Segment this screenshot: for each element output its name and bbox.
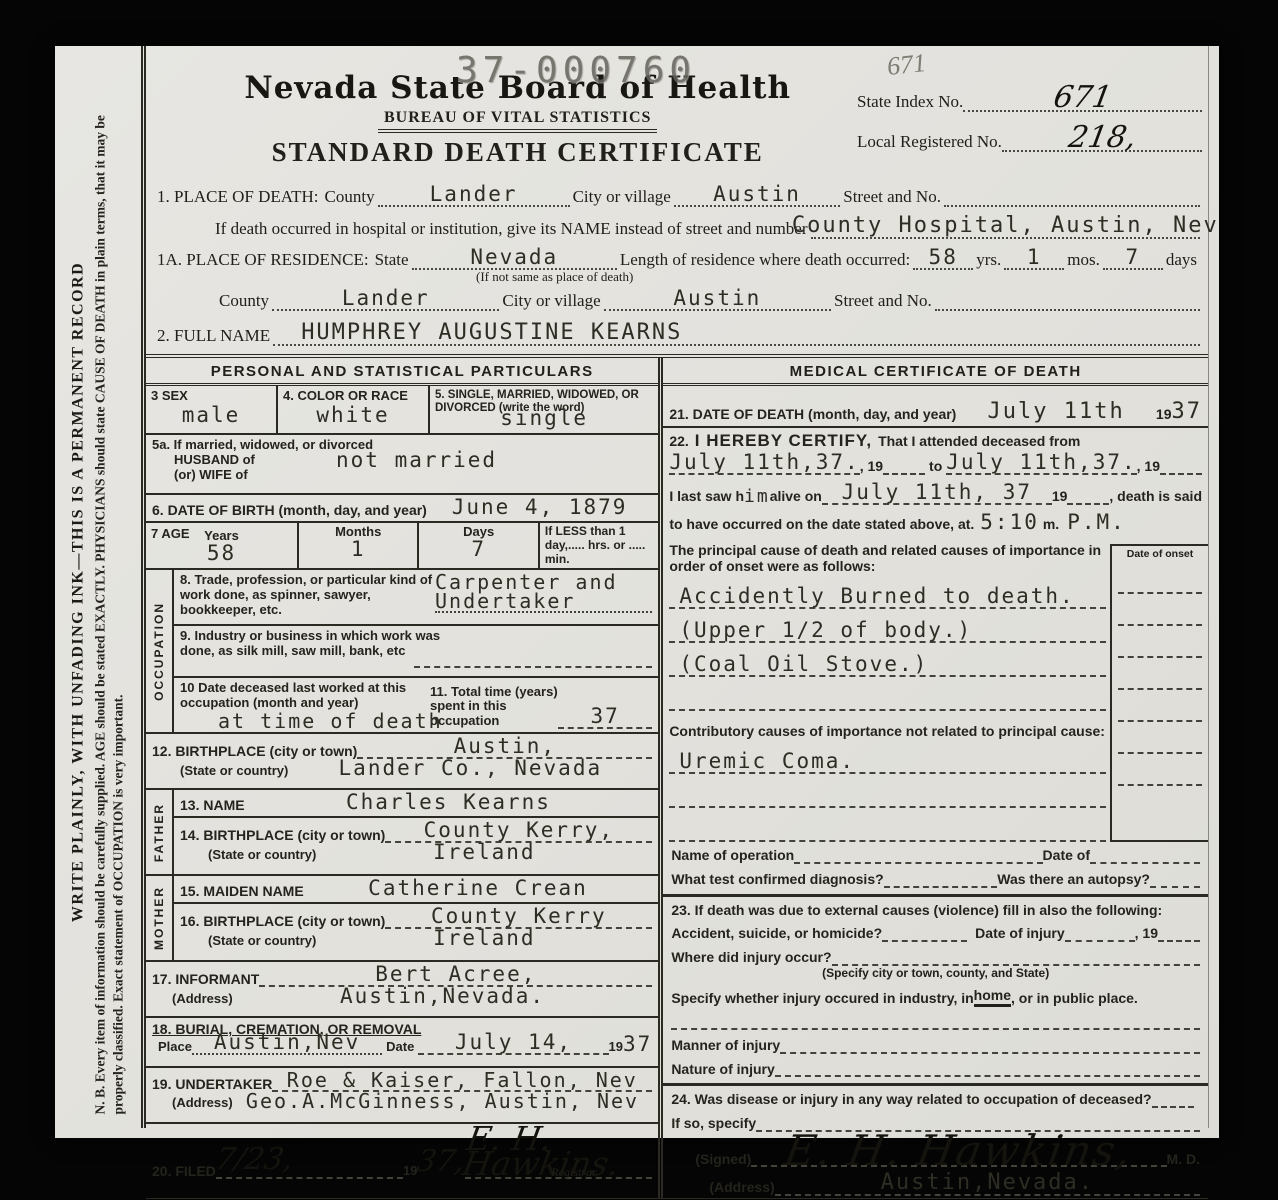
marital-value: single bbox=[500, 406, 588, 430]
local-registered-value: 218, bbox=[1066, 126, 1137, 150]
death-city-line: Austin bbox=[674, 185, 840, 207]
where-injury-label: Where did injury occur? bbox=[671, 949, 831, 966]
cause-line-2: (Upper 1/2 of body.) bbox=[679, 621, 972, 641]
undertaker-address-value: Geo.A.McGinness, Austin, Nev bbox=[246, 1092, 639, 1111]
cause-line-3: (Coal Oil Stove.) bbox=[679, 655, 928, 675]
age-less-label: If LESS than 1 day,..... hrs. or ..... m… bbox=[545, 525, 653, 566]
mother-side-label-cell: MOTHER bbox=[146, 876, 174, 960]
operation-date-line bbox=[1090, 862, 1200, 864]
signed-address-label: (Address) bbox=[709, 1179, 774, 1196]
contributory-line-2-empty bbox=[669, 779, 1106, 808]
length-days-value: 7 bbox=[1126, 248, 1141, 268]
occupation-related-line bbox=[1152, 1106, 1194, 1108]
sex-value: male bbox=[182, 403, 241, 427]
filed-date-value: 7/23, bbox=[213, 1142, 296, 1177]
signed-line: E. H. Hawkins, bbox=[751, 1136, 1166, 1167]
test-label: What test confirmed diagnosis? bbox=[671, 871, 883, 888]
death-county-line: Lander bbox=[378, 185, 570, 207]
operation-line bbox=[794, 862, 1042, 864]
last-saw-year-line bbox=[1067, 503, 1109, 505]
death-time-value: 5:10 bbox=[980, 513, 1039, 533]
onset-slot bbox=[1118, 758, 1202, 786]
injury-year-line bbox=[1158, 940, 1200, 942]
informant-address-line: Austin,Nevada. bbox=[233, 987, 653, 1007]
county-label: County bbox=[322, 187, 378, 207]
burial-year-pre: 19 bbox=[609, 1040, 623, 1055]
attended-to-year-pre: , 19 bbox=[1137, 458, 1160, 475]
burial-place-value: Austin,Nev bbox=[214, 1033, 360, 1053]
full-name-value: HUMPHREY AUGUSTINE KEARNS bbox=[301, 323, 682, 344]
father-name-line: Charles Kearns bbox=[245, 793, 653, 813]
attended-from-value: July 11th,37. bbox=[669, 453, 859, 473]
mos-label: mos. bbox=[1064, 250, 1103, 270]
father-side-label-cell: FATHER bbox=[146, 790, 174, 874]
length-years-value: 58 bbox=[929, 248, 958, 268]
attended-from-year-line bbox=[883, 473, 925, 475]
last-saw-date-line: July 11th, 37 bbox=[822, 483, 1052, 505]
form-header: 37-000760 Nevada State Board of Health B… bbox=[146, 46, 1208, 176]
sex-label: 3 SEX bbox=[151, 389, 271, 404]
residence-label: 1A. PLACE OF RESIDENCE: bbox=[154, 250, 372, 270]
father-birthplace-value-1: County Kerry, bbox=[424, 821, 614, 841]
state-index-line: 671 bbox=[963, 86, 1202, 112]
filed-line: 7/23, bbox=[216, 1142, 403, 1179]
if-so-specify-label: If so, specify bbox=[671, 1115, 756, 1132]
left-margin-notes: WRITE PLAINLY, WITH UNFADING INK—THIS IS… bbox=[55, 46, 141, 1138]
registrar-label: Registrar. bbox=[551, 1165, 598, 1180]
mother-birthplace-label: 16. BIRTHPLACE (city or town) bbox=[180, 913, 385, 929]
autopsy-label: Was there an autopsy? bbox=[997, 871, 1150, 888]
attended-to-label: to bbox=[929, 458, 942, 475]
dod-year-pre: 19 bbox=[1156, 406, 1172, 423]
industry-label: 9. Industry or business in which work wa… bbox=[180, 629, 445, 659]
city-label: City or village bbox=[570, 187, 674, 207]
age-label: 7 AGE bbox=[151, 526, 190, 541]
total-time-line: 37 bbox=[558, 707, 652, 729]
operation-date-label: Date of bbox=[1043, 847, 1090, 864]
burial-date-line: July 14, bbox=[418, 1033, 608, 1055]
dob-label: 6. DATE OF BIRTH (month, day, and year) bbox=[152, 502, 427, 518]
mother-name-value: Catherine Crean bbox=[368, 879, 588, 899]
attended-to-line: July 11th,37. bbox=[946, 453, 1136, 475]
nature-injury-label: Nature of injury bbox=[671, 1061, 774, 1078]
total-time-value: 37 bbox=[591, 707, 620, 727]
personal-column-title: PERSONAL AND STATISTICAL PARTICULARS bbox=[146, 358, 658, 386]
onset-slot bbox=[1118, 694, 1202, 722]
signed-label: (Signed) bbox=[695, 1151, 751, 1168]
attended-from-year-pre: , 19 bbox=[860, 458, 883, 475]
race-value: white bbox=[316, 403, 389, 427]
death-county-value: Lander bbox=[430, 185, 518, 205]
date-of-onset-label: Date of onset bbox=[1112, 546, 1208, 562]
mother-side-label: MOTHER bbox=[152, 886, 166, 950]
contributory-label: Contributory causes of importance not re… bbox=[669, 723, 1106, 740]
dob-line: June 4, 1879 bbox=[427, 498, 652, 518]
signed-address-line: Austin,Nevada. bbox=[775, 1173, 1200, 1196]
dod-year-value: 37 bbox=[1172, 402, 1203, 423]
last-saw-label-1: I last saw h bbox=[669, 488, 744, 505]
contributory-line-3-empty bbox=[669, 813, 1106, 842]
operation-label: Name of operation bbox=[671, 847, 794, 864]
state-index-value: 671 bbox=[1052, 86, 1113, 110]
burial-year-value: 37 bbox=[623, 1035, 652, 1055]
lastwork-label: 10 Date deceased last worked at this occ… bbox=[180, 681, 430, 711]
hospital-line: County Hospital, Austin, Nev bbox=[811, 216, 1200, 239]
injury-year-pre: , 19 bbox=[1135, 925, 1158, 942]
cause-of-death-section: The principal cause of death and related… bbox=[663, 538, 1208, 842]
state-label: State bbox=[372, 250, 412, 270]
father-name-value: Charles Kearns bbox=[346, 793, 551, 813]
onset-slot bbox=[1118, 726, 1202, 754]
certificate-paper: WRITE PLAINLY, WITH UNFADING INK—THIS IS… bbox=[55, 46, 1219, 1138]
hospital-value: County Hospital, Austin, Nev bbox=[792, 216, 1219, 237]
mother-birthplace-value-2: Ireland bbox=[433, 929, 536, 949]
burial-date-label: Date bbox=[386, 1040, 414, 1055]
bureau-subtitle: BUREAU OF VITAL STATISTICS bbox=[378, 108, 657, 133]
undertaker-value: Roe & Kaiser, Fallon, Nev bbox=[287, 1071, 638, 1090]
age-years-value: 58 bbox=[207, 541, 236, 565]
last-saw-year-pre: 19 bbox=[1052, 488, 1068, 505]
residence-city-label: City or village bbox=[499, 291, 603, 311]
manner-injury-line bbox=[780, 1052, 1200, 1054]
violence-section-label: 23. If death was due to external causes … bbox=[671, 902, 1162, 919]
street-label: Street and No. bbox=[840, 187, 944, 207]
attended-from-line: July 11th,37. bbox=[669, 453, 859, 475]
father-name-label: 13. NAME bbox=[180, 797, 245, 813]
medical-certificate-column: MEDICAL CERTIFICATE OF DEATH 21. DATE OF… bbox=[663, 358, 1208, 1199]
occurred-label: to have occurred on the date stated abov… bbox=[669, 516, 974, 533]
local-registered-label: Local Registered No. bbox=[857, 132, 1002, 152]
last-saw-label-2: alive on bbox=[770, 488, 822, 505]
onset-slot bbox=[1118, 630, 1202, 658]
dob-value: June 4, 1879 bbox=[452, 498, 628, 518]
occupation-related-label: 24. Was disease or injury in any way rel… bbox=[671, 1091, 1151, 1108]
age-months-value: 1 bbox=[351, 537, 366, 561]
days-label: days bbox=[1163, 250, 1200, 270]
principal-cause-label: The principal cause of death and related… bbox=[669, 542, 1106, 576]
physician-signature: E. H. Hawkins, bbox=[783, 1136, 1135, 1165]
residence-city-value: Austin bbox=[673, 289, 761, 309]
injury-date-line bbox=[1065, 940, 1135, 942]
accident-line bbox=[882, 940, 967, 942]
full-name-label: 2. FULL NAME bbox=[154, 326, 273, 346]
father-birthplace-label: 14. BIRTHPLACE (city or town) bbox=[180, 827, 385, 843]
margin-warning-text: WRITE PLAINLY, WITH UNFADING INK—THIS IS… bbox=[69, 70, 87, 1115]
birthplace-sublabel: (State or country) bbox=[180, 764, 288, 779]
burial-place-label: Place bbox=[158, 1040, 192, 1055]
residence-street-line bbox=[935, 309, 1200, 311]
trade-value-2: Undertaker bbox=[435, 592, 652, 613]
certificate-form: 37-000760 Nevada State Board of Health B… bbox=[141, 46, 1209, 1128]
occupation-side-label: OCCUPATION bbox=[152, 602, 166, 701]
residence-street-label: Street and No. bbox=[831, 291, 935, 311]
birthplace-value-1: Austin, bbox=[454, 737, 557, 757]
informant-label: 17. INFORMANT bbox=[152, 971, 259, 987]
specify-injury-label-2: , or in public place. bbox=[1011, 990, 1138, 1007]
manner-injury-label: Manner of injury bbox=[671, 1037, 780, 1054]
occupation-side-label-cell: OCCUPATION bbox=[146, 570, 174, 732]
attended-to-value: July 11th,37. bbox=[946, 453, 1136, 473]
certificate-title: STANDARD DEATH CERTIFICATE bbox=[146, 137, 889, 168]
date-of-onset-box: Date of onset bbox=[1110, 544, 1208, 842]
certify-rest-label: That I attended deceased from bbox=[878, 433, 1080, 450]
mother-birthplace-value-1: County Kerry bbox=[431, 907, 607, 927]
nature-injury-line bbox=[775, 1075, 1200, 1077]
mother-name-label: 15. MAIDEN NAME bbox=[180, 883, 304, 899]
onset-slot bbox=[1118, 598, 1202, 626]
filed-label: 20. FILED bbox=[152, 1163, 216, 1179]
last-saw-label-3: , death is said bbox=[1109, 488, 1202, 505]
race-label: 4. COLOR OR RACE bbox=[283, 389, 423, 404]
birthplace-value-2: Lander Co., Nevada bbox=[339, 759, 603, 779]
mother-birthplace-sublabel: (State or country) bbox=[208, 934, 316, 949]
certify-number: 22. bbox=[669, 433, 688, 450]
registration-numbers: 671 State Index No. 671 Local Registered… bbox=[857, 72, 1202, 152]
state-index-label: State Index No. bbox=[857, 92, 963, 112]
full-name-line: HUMPHREY AUGUSTINE KEARNS bbox=[273, 323, 1200, 346]
specify-injury-home: home bbox=[974, 987, 1011, 1007]
father-side-label: FATHER bbox=[152, 803, 166, 862]
occurred-m-label: m. bbox=[1043, 516, 1059, 533]
injury-date-label: Date of injury bbox=[975, 925, 1064, 942]
mother-name-line: Catherine Crean bbox=[304, 879, 653, 899]
signed-address-value: Austin,Nevada. bbox=[881, 1173, 1094, 1194]
burial-place-line: Austin,Nev bbox=[192, 1047, 382, 1055]
death-street-line bbox=[944, 205, 1200, 207]
onset-slot bbox=[1118, 662, 1202, 690]
medical-column-title: MEDICAL CERTIFICATE OF DEATH bbox=[663, 358, 1208, 386]
accident-label: Accident, suicide, or homicide? bbox=[671, 925, 882, 942]
margin-nb-note: N. B. Every item of information should b… bbox=[91, 70, 126, 1115]
residence-county-value: Lander bbox=[342, 289, 430, 309]
burial-date-value: July 14, bbox=[455, 1033, 572, 1053]
informant-address-value: Austin,Nevada. bbox=[340, 987, 545, 1007]
father-birthplace-sublabel: (State or country) bbox=[208, 848, 316, 863]
death-ampm-value: P.M. bbox=[1067, 513, 1126, 533]
test-line bbox=[884, 886, 998, 888]
father-birthplace-value-2: Ireland bbox=[433, 843, 536, 863]
informant-address-label: (Address) bbox=[172, 992, 233, 1007]
last-saw-date-value: July 11th, 37 bbox=[842, 483, 1032, 503]
place-of-death-label: 1. PLACE OF DEATH: bbox=[154, 187, 322, 207]
age-days-value: 7 bbox=[471, 537, 486, 561]
cause-line-1: Accidently Burned to death. bbox=[679, 587, 1074, 607]
length-months-value: 1 bbox=[1027, 248, 1042, 268]
not-same-note: (If not same as place of death) bbox=[476, 269, 1208, 285]
informant-value: Bert Acree, bbox=[375, 965, 536, 985]
father-birthplace-line2: Ireland bbox=[316, 843, 652, 863]
birthplace-line2: Lander Co., Nevada bbox=[288, 759, 652, 779]
local-registered-line: 218, bbox=[1002, 126, 1202, 152]
hospital-label: If death occurred in hospital or institu… bbox=[212, 219, 811, 239]
residence-state-line: Nevada bbox=[412, 248, 617, 270]
specify-injury-label-1: Specify whether injury occured in indust… bbox=[671, 990, 973, 1007]
trade-label: 8. Trade, profession, or particular kind… bbox=[180, 573, 435, 621]
certify-bold-label: I HEREBY CERTIFY, bbox=[695, 431, 872, 451]
residence-length-label: Length of residence where death occurred… bbox=[617, 250, 913, 270]
yrs-label: yrs. bbox=[973, 250, 1004, 270]
contributory-value: Uremic Coma. bbox=[679, 752, 855, 772]
last-saw-fill: im bbox=[744, 488, 770, 505]
attended-to-year-line bbox=[1160, 473, 1202, 475]
birthplace-label: 12. BIRTHPLACE (city or town) bbox=[152, 743, 357, 759]
autopsy-line bbox=[1150, 886, 1200, 888]
date-of-death-value: July 11th bbox=[988, 402, 1125, 423]
residence-state-value: Nevada bbox=[470, 248, 558, 268]
undertaker-address-line: Geo.A.McGinness, Austin, Nev bbox=[233, 1092, 653, 1111]
length-years-line: 58 bbox=[913, 248, 973, 270]
date-of-death-line: July 11th bbox=[956, 402, 1156, 423]
date-of-death-label: 21. DATE OF DEATH (month, day, and year) bbox=[669, 406, 956, 423]
undertaker-address-label: (Address) bbox=[172, 1096, 233, 1111]
residence-county-label: County bbox=[216, 291, 272, 311]
cause-line-4-empty bbox=[669, 682, 1106, 711]
residence-city-line: Austin bbox=[604, 289, 831, 311]
spouse-value: not married bbox=[336, 451, 497, 471]
onset-slot bbox=[1118, 566, 1202, 594]
total-time-label: 11. Total time (years) spent in this occ… bbox=[430, 685, 558, 730]
where-injury-note: (Specify city or town, county, and State… bbox=[671, 966, 1200, 980]
industry-line bbox=[414, 666, 652, 668]
lastwork-value: at time of death bbox=[218, 712, 443, 731]
file-number-stamp: 37-000760 bbox=[456, 50, 696, 91]
length-days-line: 7 bbox=[1103, 248, 1163, 270]
pencil-index-note: 671 bbox=[886, 48, 928, 82]
residence-county-line: Lander bbox=[272, 289, 499, 311]
mother-birthplace-line2: Ireland bbox=[316, 929, 652, 949]
death-city-value: Austin bbox=[713, 185, 801, 205]
length-months-line: 1 bbox=[1004, 248, 1064, 270]
personal-particulars-column: PERSONAL AND STATISTICAL PARTICULARS 3 S… bbox=[146, 358, 663, 1199]
specify-injury-answer-line bbox=[671, 1014, 1200, 1030]
md-label: M. D. bbox=[1167, 1151, 1200, 1168]
